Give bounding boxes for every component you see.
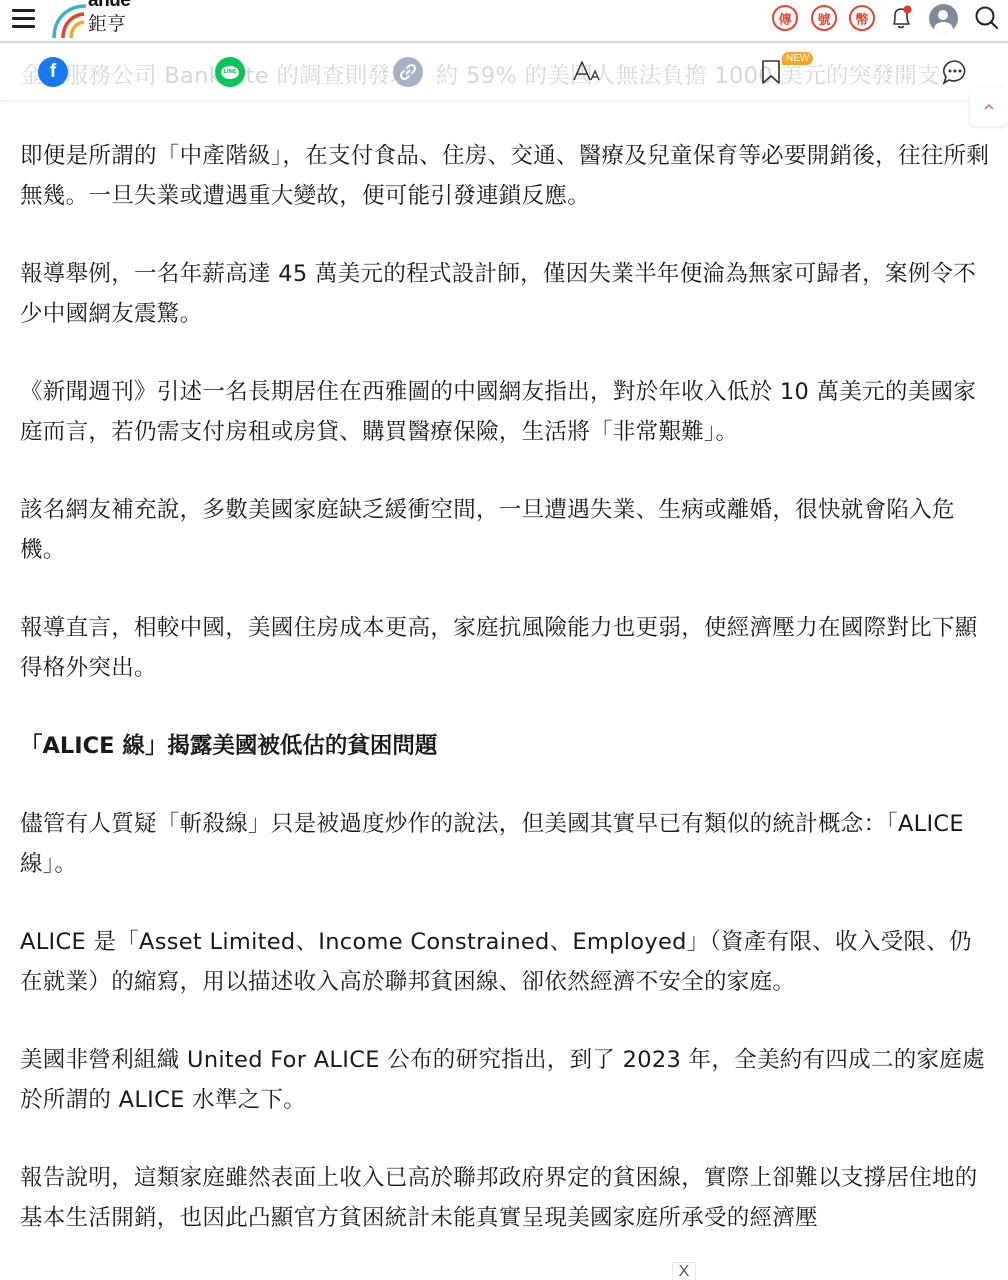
back-to-top-button[interactable]	[970, 88, 1008, 126]
article-paragraph: ALICE 是「Asset Limited、Income Constrained…	[20, 922, 990, 1002]
search-icon	[974, 5, 1000, 31]
menu-line	[12, 25, 35, 28]
bi-stamp-icon: 幣	[849, 5, 875, 31]
chuan-stamp-icon: 傳	[772, 5, 798, 31]
line-icon: LINE	[221, 66, 239, 79]
share-toolbar: f LINE	[0, 45, 1008, 101]
section-heading: 「ALICE 線」揭露美國被低估的貧困問題	[20, 726, 990, 766]
hamburger-menu-button[interactable]	[10, 6, 38, 30]
bi-button[interactable]: 幣	[847, 3, 877, 33]
hao-button[interactable]: 號	[809, 3, 839, 33]
article-paragraph: 報導舉例，一名年薪高達 45 萬美元的程式設計師，僅因失業半年便淪為無家可歸者，…	[20, 254, 990, 334]
line-share-button[interactable]: LINE	[215, 57, 245, 87]
hao-stamp-icon: 號	[811, 5, 837, 31]
account-button[interactable]	[928, 3, 958, 33]
comment-button[interactable]	[938, 55, 972, 89]
facebook-share-button[interactable]: f	[38, 57, 68, 87]
bookmark-icon	[760, 59, 782, 85]
menu-line	[12, 17, 35, 20]
notifications-button[interactable]	[886, 3, 916, 33]
facebook-icon: f	[50, 61, 56, 83]
article-body: 金融服務公司 Bankrate 的調查則發現，約 59% 的美國人無法負擔 10…	[20, 56, 990, 1276]
new-badge: NEW	[782, 52, 813, 65]
article-paragraph: 報告說明，這類家庭雖然表面上收入已高於聯邦政府界定的貧困線，實際上卻難以支撐居住…	[20, 1158, 990, 1238]
article-paragraph: 《新聞週刊》引述一名長期居住在西雅圖的中國網友指出，對於年收入低於 10 萬美元…	[20, 372, 990, 452]
ad-close-button[interactable]: X	[672, 1262, 696, 1280]
font-size-button[interactable]	[570, 55, 604, 89]
article-paragraph: 即便是所謂的「中產階級」，在支付食品、住房、交通、醫療及兒童保育等必要開銷後，往…	[20, 136, 990, 216]
search-button[interactable]	[972, 3, 1002, 33]
avatar-icon	[929, 4, 958, 33]
font-size-icon	[572, 60, 602, 84]
chevron-up-icon	[982, 102, 996, 112]
article-paragraph: 該名網友補充說，多數美國家庭缺乏緩衝空間，一旦遭遇失業、生病或離婚，很快就會陷入…	[20, 490, 990, 570]
anue-logo[interactable]: anue 鉅亨	[50, 0, 140, 36]
chuan-button[interactable]: 傳	[770, 3, 800, 33]
logo-text-zh: 鉅亨	[88, 9, 126, 36]
article-paragraph: 美國非營利組織 United For ALICE 公布的研究指出，到了 2023…	[20, 1040, 990, 1120]
comment-icon	[941, 58, 969, 86]
top-header: anue 鉅亨 傳 號 幣	[0, 0, 1008, 43]
link-icon	[399, 63, 417, 81]
copy-link-button[interactable]	[393, 57, 423, 87]
logo-arcs-icon	[50, 0, 90, 40]
article-paragraph: 報導直言，相較中國，美國住房成本更高，家庭抗風險能力也更弱，使經濟壓力在國際對比…	[20, 608, 990, 688]
article-paragraph: 儘管有人質疑「斬殺線」只是被過度炒作的說法，但美國其實早已有類似的統計概念：「A…	[20, 804, 990, 884]
bell-icon	[888, 4, 914, 32]
menu-line	[12, 9, 35, 12]
